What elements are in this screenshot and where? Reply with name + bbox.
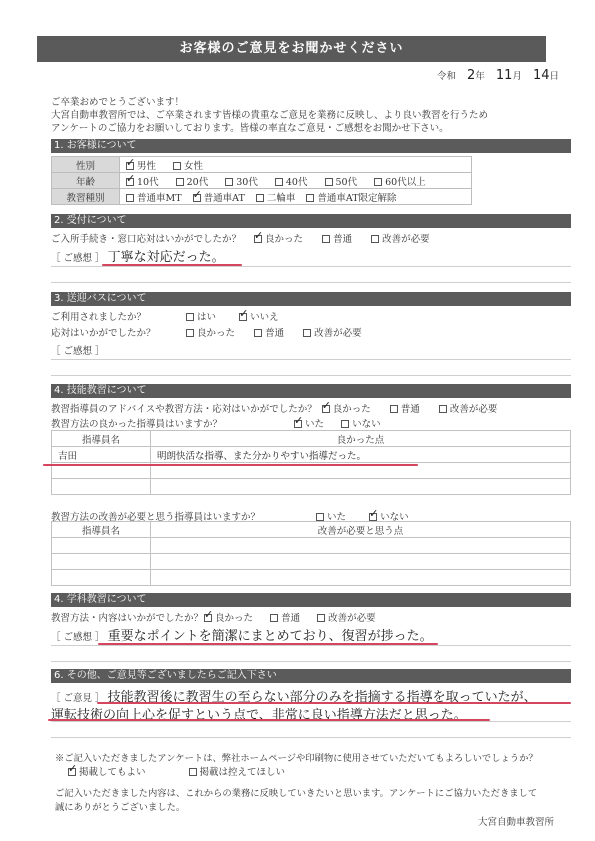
checkbox-icon[interactable] [322, 235, 330, 243]
column-header-improvement-points: 改善が必要と思う点 [151, 522, 571, 538]
date-day[interactable]: 14 [533, 68, 550, 83]
section-5-header: 4. 学科教習について [51, 593, 571, 607]
checkbox-icon[interactable] [256, 194, 264, 202]
age-40s-option[interactable]: 40代 [275, 174, 308, 188]
checkbox-icon[interactable] [186, 313, 194, 321]
divider [51, 737, 571, 738]
checkbox-icon[interactable] [374, 178, 382, 186]
good-instructor-row: 教習方法の良かった指導員はいますか？ いた いない [51, 416, 381, 430]
section-6-header: 6. その他、ご意見等ございましたらご記入下さい [51, 669, 571, 683]
reception-improve-option[interactable]: 改善が必要 [371, 231, 430, 245]
consent-deny-option[interactable]: 掲載は控えてほしい [189, 764, 286, 778]
checkbox-icon[interactable] [341, 420, 349, 428]
intro-line-1: ご卒業おめでとうございます！ [51, 94, 184, 108]
course-at-removal-option[interactable]: 普通車AT限定解除 [306, 190, 396, 204]
instructor-name-cell[interactable]: 吉田 [52, 447, 151, 463]
bus-usage-question: ご利用されましたか？ [51, 309, 183, 323]
checkbox-icon[interactable] [325, 178, 333, 186]
divider [51, 282, 571, 283]
table-row [52, 570, 571, 586]
table-row [52, 554, 571, 570]
checkbox-icon[interactable] [126, 194, 134, 202]
column-header-good-points: 良かった点 [151, 431, 571, 447]
bus-service-row: 応対はいかがでしたか？ 良かった 普通 改善が必要 [51, 325, 362, 339]
reception-comment-row: ［ ご感想 ］ 丁寧な対応だった。 [51, 246, 225, 265]
instructor-name-cell[interactable] [52, 570, 151, 586]
course-type-label: 教習種別 [52, 189, 120, 205]
instructor-name-cell[interactable] [52, 479, 151, 495]
instructor-improve-option[interactable]: 改善が必要 [439, 401, 498, 415]
intro-line-2: 大宮自動車教習所では、ご卒業されます皆様の貴重なご意見を業務に反映し、より良い教… [51, 107, 488, 121]
checkbox-icon[interactable] [225, 178, 233, 186]
day-unit: 日 [550, 71, 560, 82]
good-instructor-question: 教習方法の良かった指導員はいますか？ [51, 416, 291, 430]
checkbox-icon[interactable] [173, 162, 181, 170]
course-motorcycle-option[interactable]: 二輪車 [256, 190, 296, 204]
lecture-good-option[interactable]: 良かった [204, 610, 253, 624]
instructor-name-cell[interactable] [52, 554, 151, 570]
checkbox-icon[interactable] [306, 194, 314, 202]
checkbox-checked-icon[interactable] [126, 162, 134, 170]
bus-good-option[interactable]: 良かった [186, 325, 235, 339]
bad-instructor-table: 指導員名 改善が必要と思う点 [51, 521, 571, 586]
divider [51, 359, 571, 360]
divider [51, 721, 571, 722]
table-row [52, 538, 571, 554]
table-row [52, 479, 571, 495]
checkbox-icon[interactable] [439, 405, 447, 413]
good-instructor-yes-option[interactable]: いた [294, 416, 324, 430]
checkbox-icon[interactable] [254, 329, 262, 337]
consent-allow-option[interactable]: 掲載してもよい [68, 764, 146, 778]
customer-info-table: 性別 男性 女性 年齢 10代 20代 30代 40代 50代 60代以上 教習… [51, 156, 472, 205]
improvement-points-cell[interactable] [151, 538, 571, 554]
good-instructor-table: 指導員名 良かった点 吉田 明朗快活な指導、また分かりやすい指導だった。 [51, 430, 571, 495]
checkbox-checked-icon[interactable] [68, 768, 76, 776]
section-1-header: 1. お客様について [51, 139, 571, 153]
lecture-question: 教習方法・内容はいかがでしたか？ [51, 610, 201, 624]
improvement-points-cell[interactable] [151, 554, 571, 570]
lecture-comment[interactable]: 重要なポイントを簡潔にまとめており、復習が捗った。 [108, 629, 433, 644]
consent-options-row: 掲載してもよい 掲載は控えてほしい [68, 764, 285, 778]
date-era: 令和 [437, 71, 456, 82]
thanks-line-2: 誠にありがとうございました。 [55, 799, 185, 813]
checkbox-icon[interactable] [303, 329, 311, 337]
improvement-points-cell[interactable] [151, 570, 571, 586]
age-label: 年齢 [52, 173, 120, 189]
reception-comment-label: ［ ご感想 ］ [51, 253, 105, 264]
table-header-row: 指導員名 良かった点 [52, 431, 571, 447]
course-at-option[interactable]: 普通車AT [193, 190, 245, 204]
divider [51, 266, 571, 267]
bus-no-option[interactable]: いいえ [239, 309, 279, 323]
age-20s-option[interactable]: 20代 [176, 174, 209, 188]
date-field: 令和 2年 11月 14日 [437, 68, 559, 83]
checkbox-icon[interactable] [186, 329, 194, 337]
instructor-normal-option[interactable]: 普通 [390, 401, 420, 415]
checkbox-icon[interactable] [275, 178, 283, 186]
bus-comment-label: ［ ご感想 ］ [51, 346, 105, 357]
checkbox-checked-icon[interactable] [254, 235, 262, 243]
section-3-header: 3. 送迎バスについて [51, 292, 571, 306]
divider [51, 375, 571, 376]
instructor-name-cell[interactable] [52, 538, 151, 554]
bus-improve-option[interactable]: 改善が必要 [303, 325, 362, 339]
divider [51, 661, 571, 662]
good-points-underline [43, 464, 418, 466]
bus-yes-option[interactable]: はい [186, 309, 216, 323]
divider [51, 645, 571, 646]
checkbox-checked-icon[interactable] [322, 405, 330, 413]
checkbox-checked-icon[interactable] [193, 194, 201, 202]
checkbox-icon[interactable] [371, 235, 379, 243]
column-header-instructor: 指導員名 [52, 522, 151, 538]
bus-comment-row[interactable]: ［ ご感想 ］ [51, 343, 105, 357]
checkbox-icon[interactable] [176, 178, 184, 186]
gender-male-option[interactable]: 男性 [126, 158, 156, 172]
lecture-question-row: 教習方法・内容はいかがでしたか？ 良かった 普通 改善が必要 [51, 610, 376, 624]
signature: 大宮自動車教習所 [478, 814, 554, 828]
good-points-cell[interactable]: 明朗快活な指導、また分かりやすい指導だった。 [151, 447, 571, 463]
checkbox-checked-icon[interactable] [294, 420, 302, 428]
instructor-eval-row: 教習指導員のアドバイスや教習方法・応対はいかがでしたか？ 良かった 普通 改善が… [51, 401, 497, 415]
checkbox-checked-icon[interactable] [369, 513, 377, 521]
course-mt-option[interactable]: 普通車MT [126, 190, 182, 204]
gender-female-option[interactable]: 女性 [173, 158, 203, 172]
reception-good-option[interactable]: 良かった [254, 231, 303, 245]
lecture-comment-row: ［ ご感想 ］ 重要なポイントを簡潔にまとめており、復習が捗った。 [51, 625, 433, 644]
good-points-cell[interactable] [151, 479, 571, 495]
checkbox-icon[interactable] [316, 513, 324, 521]
month-unit: 月 [512, 71, 522, 82]
reception-question: ご入所手続き・窓口応対はいかがでしたか？ [51, 234, 241, 245]
age-30s-option[interactable]: 30代 [225, 174, 258, 188]
lecture-normal-option[interactable]: 普通 [270, 610, 300, 624]
thanks-line-1: ご記入いただきました内容は、これからの業務に反映していきたいと思います。アンケー… [55, 785, 537, 799]
good-instructor-no-option[interactable]: いない [341, 416, 381, 430]
checkbox-icon[interactable] [270, 614, 278, 622]
checkbox-checked-icon[interactable] [204, 614, 212, 622]
consent-question: ※ご記入いただきましたアンケートは、弊社ホームページや印刷物に使用させていただい… [55, 750, 538, 764]
age-50s-option[interactable]: 50代 [325, 174, 358, 188]
age-row: 年齢 10代 20代 30代 40代 50代 60代以上 [52, 173, 472, 189]
course-type-row: 教習種別 普通車MT 普通車AT 二輪車 普通車AT限定解除 [52, 189, 472, 205]
table-row: 吉田 明朗快活な指導、また分かりやすい指導だった。 [52, 447, 571, 463]
lecture-improve-option[interactable]: 改善が必要 [317, 610, 376, 624]
column-header-instructor: 指導員名 [52, 431, 151, 447]
reception-comment[interactable]: 丁寧な対応だった。 [108, 250, 225, 265]
table-header-row: 指導員名 改善が必要と思う点 [52, 522, 571, 538]
checkbox-icon[interactable] [317, 614, 325, 622]
lecture-comment-label: ［ ご感想 ］ [51, 632, 105, 643]
age-60s-option[interactable]: 60代以上 [374, 174, 426, 188]
bus-usage-row: ご利用されましたか？ はい いいえ [51, 309, 279, 323]
gender-label: 性別 [52, 157, 120, 173]
reception-normal-option[interactable]: 普通 [322, 231, 352, 245]
section-4-header: 4. 技能教習について [51, 384, 571, 398]
checkbox-checked-icon[interactable] [126, 178, 134, 186]
reception-question-row: ご入所手続き・窓口応対はいかがでしたか？ 良かった 普通 改善が必要 [51, 231, 430, 245]
date-month[interactable]: 11 [496, 68, 513, 83]
gender-row: 性別 男性 女性 [52, 157, 472, 173]
checkbox-checked-icon[interactable] [239, 313, 247, 321]
checkbox-icon[interactable] [189, 768, 197, 776]
year-unit: 年 [475, 71, 485, 82]
section-2-header: 2. 受付について [51, 214, 571, 228]
instructor-eval-question: 教習指導員のアドバイスや教習方法・応対はいかがでしたか？ [51, 404, 317, 415]
form-title-bar: お客様のご意見をお聞かせください [37, 36, 546, 62]
intro-line-3: アンケートのご協力をお願いしております。皆様の率直なご意見・ご感想をお聞かせ下さ… [51, 120, 449, 134]
bus-normal-option[interactable]: 普通 [254, 325, 284, 339]
instructor-good-option[interactable]: 良かった [322, 401, 371, 415]
checkbox-icon[interactable] [390, 405, 398, 413]
age-10s-option[interactable]: 10代 [126, 174, 159, 188]
bus-service-question: 応対はいかがでしたか？ [51, 325, 183, 339]
